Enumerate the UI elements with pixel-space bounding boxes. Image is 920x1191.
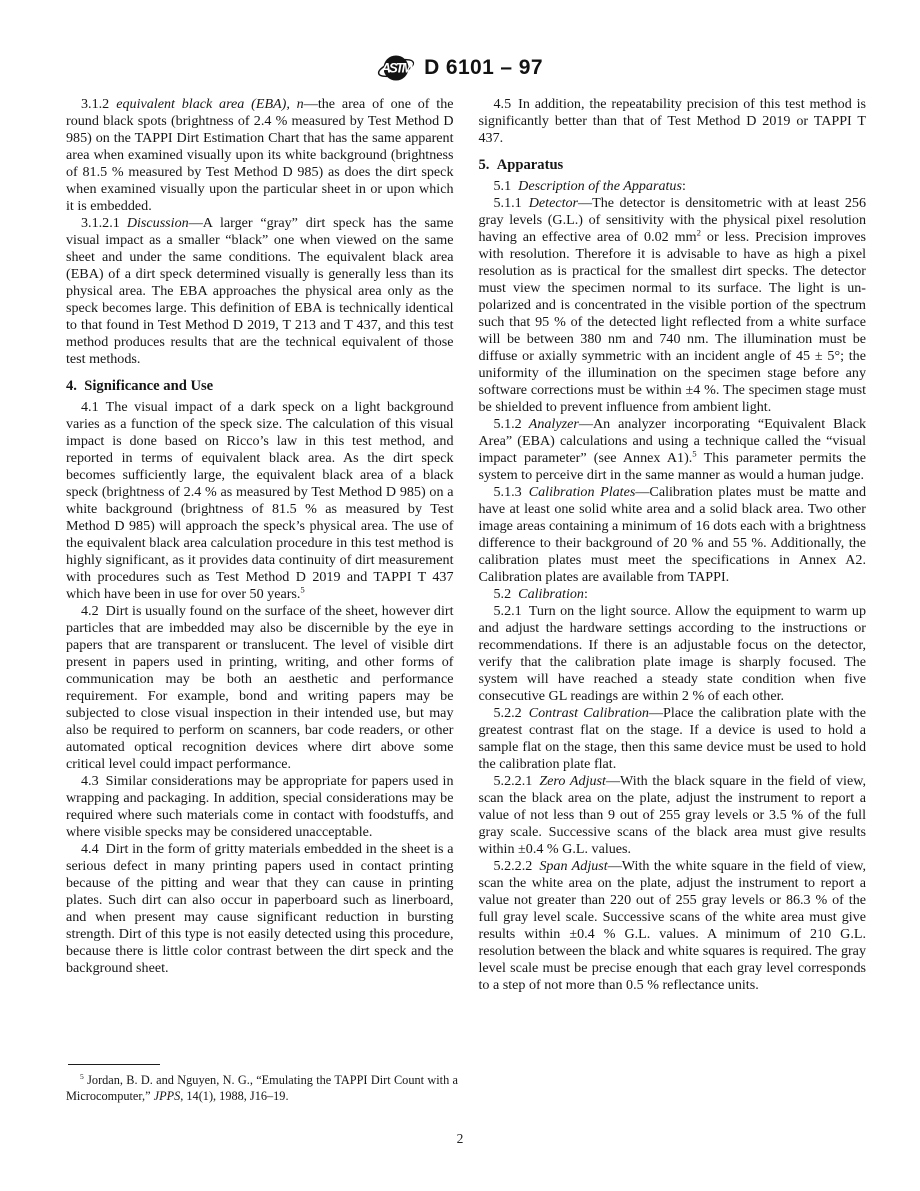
- text-run: , 14(1), 1988, J16–19.: [180, 1089, 288, 1103]
- paragraph: 4.4 Dirt in the form of gritty materials…: [66, 841, 454, 977]
- column-right: 4.5 In addition, the repeatability preci…: [479, 96, 867, 994]
- text-run: 4.2 Dirt is usually found on the surface…: [66, 603, 454, 772]
- superscript-text: 5: [300, 584, 304, 594]
- text-run: 4.5 In addition, the repeatability preci…: [479, 96, 867, 146]
- italic-text: Analyzer: [529, 416, 579, 432]
- text-columns: 3.1.2 equivalent black area (EBA), n—the…: [66, 96, 866, 994]
- paragraph: 5.1.1 Detector—The detector is densitome…: [479, 195, 867, 416]
- text-run: 5.2.1 Turn on the light source. Allow th…: [479, 603, 867, 704]
- text-run: 5.1.2: [494, 416, 529, 432]
- text-run: 5. Apparatus: [479, 157, 564, 173]
- italic-text: Calibration Plates: [529, 484, 636, 500]
- text-run: 5.2.2.1: [494, 773, 540, 789]
- italic-text: Description of the Apparatus: [518, 178, 682, 194]
- text-run: —A larger “gray” dirt speck has the same…: [66, 215, 454, 367]
- paragraph: 3.1.2.1 Discussion—A larger “gray” dirt …: [66, 215, 454, 368]
- paragraph: 4.3 Similar considerations may be approp…: [66, 773, 454, 841]
- page-number: 2: [0, 1131, 920, 1147]
- text-run: 4.3 Similar considerations may be approp…: [66, 773, 454, 840]
- text-run: 5.1: [494, 178, 519, 194]
- text-run: —the area of one of the round black spot…: [66, 96, 454, 214]
- page-header: ASTM D 6101 – 97: [0, 50, 920, 86]
- italic-text: Discussion: [127, 215, 189, 231]
- text-run: :: [682, 178, 686, 194]
- astm-logo-icon: ASTM: [377, 50, 415, 86]
- document-designation: D 6101 – 97: [424, 56, 543, 80]
- paragraph: 5.2.2 Contrast Calibration—Place the cal…: [479, 705, 867, 773]
- text-run: 4.4 Dirt in the form of gritty materials…: [66, 841, 454, 976]
- text-run: 3.1.2.1: [81, 215, 127, 231]
- italic-text: Span Adjust: [539, 858, 607, 874]
- text-run: :: [584, 586, 588, 602]
- text-run: 5.2.2.2: [494, 858, 540, 874]
- text-run: 3.1.2: [81, 96, 116, 112]
- italic-text: Contrast Calibration: [529, 705, 649, 721]
- text-run: —With the white square in the field of v…: [479, 858, 867, 993]
- text-run: or less. Precision improves with resolut…: [479, 229, 867, 415]
- footnote-rule: [68, 1064, 160, 1065]
- text-run: 4.1 The visual impact of a dark speck on…: [66, 399, 454, 602]
- paragraph: 4.1 The visual impact of a dark speck on…: [66, 399, 454, 603]
- italic-text: JPPS: [154, 1089, 181, 1103]
- footnote-text: 5 Jordan, B. D. and Nguyen, N. G., “Emul…: [66, 1073, 458, 1104]
- paragraph: 4.2 Dirt is usually found on the surface…: [66, 603, 454, 773]
- paragraph: 4.5 In addition, the repeatability preci…: [479, 96, 867, 147]
- paragraph: 5.1 Description of the Apparatus:: [479, 178, 867, 195]
- section-heading: 5. Apparatus: [479, 157, 867, 174]
- text-run: 5.2: [494, 586, 519, 602]
- section-heading: 4. Significance and Use: [66, 378, 454, 395]
- paragraph: 5.2.2.1 Zero Adjust—With the black squar…: [479, 773, 867, 858]
- column-left: 3.1.2 equivalent black area (EBA), n—the…: [66, 96, 454, 994]
- paragraph: 5.2.2.2 Span Adjust—With the white squar…: [479, 858, 867, 994]
- italic-text: Detector: [529, 195, 578, 211]
- italic-text: equivalent black area (EBA), n: [116, 96, 303, 112]
- text-run: 5.1.1: [494, 195, 529, 211]
- text-run: 4. Significance and Use: [66, 378, 213, 394]
- text-run: 5.2.2: [494, 705, 529, 721]
- paragraph: 5.1.2 Analyzer—An analyzer incorporating…: [479, 416, 867, 484]
- svg-text:ASTM: ASTM: [380, 61, 413, 76]
- paragraph: 5.1.3 Calibration Plates—Calibration pla…: [479, 484, 867, 586]
- footnote: 5 Jordan, B. D. and Nguyen, N. G., “Emul…: [66, 1064, 458, 1104]
- paragraph: 3.1.2 equivalent black area (EBA), n—the…: [66, 96, 454, 215]
- paragraph: 5.2.1 Turn on the light source. Allow th…: [479, 603, 867, 705]
- italic-text: Zero Adjust: [539, 773, 606, 789]
- text-run: 5.1.3: [494, 484, 529, 500]
- italic-text: Calibration: [518, 586, 584, 602]
- paragraph: 5.2 Calibration:: [479, 586, 867, 603]
